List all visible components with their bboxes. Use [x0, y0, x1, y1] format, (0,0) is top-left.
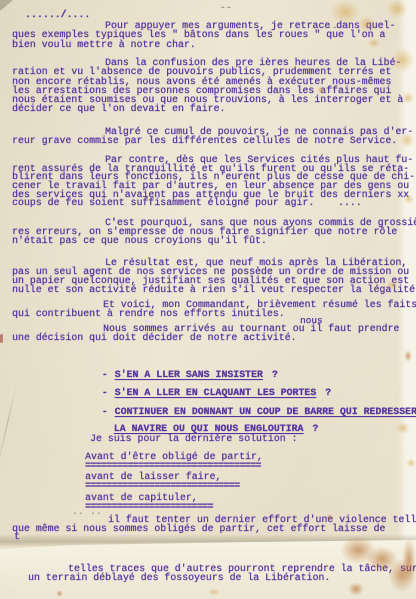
resolution-underline: ========================: [85, 502, 213, 512]
paragraph-line: une décision qui doit décider de notre a…: [12, 333, 296, 343]
option-question-mark: ?: [312, 423, 318, 434]
paragraph-line: n'était pas ce que nous croyions qu'il f…: [12, 236, 267, 246]
paragraph-line: coups de feu soient suffisamment éloigné…: [12, 198, 362, 208]
closing-line: que même si nous sommes obligés de parti…: [12, 524, 385, 534]
stray-character: t: [14, 532, 20, 542]
paragraph-line: qui contribuent à rendre nos efforts inu…: [12, 309, 285, 319]
paragraph-line: bien voulu mettre à notre char.: [12, 40, 196, 50]
scanned-document-page: ....../.... -- -- Pour appuyer mes argum…: [0, 0, 416, 599]
page-continuation-dots: ....../....: [25, 10, 90, 20]
resolution-underline: =================================: [85, 461, 261, 471]
smudge-mark: --: [220, 3, 232, 13]
footer-line: un terrain déblayé des fossoyeurs de la …: [28, 573, 330, 583]
resolution-underline: =============================: [85, 481, 239, 491]
paragraph-line: nulle et son activité réduite à rien s'i…: [12, 285, 415, 295]
solution-intro: Je suis pour la dernière solution :: [90, 434, 297, 444]
paragraph-line: décider ce que l'on devait en faire.: [12, 104, 225, 114]
paragraph-line: reur grave commise par les différentes c…: [12, 136, 397, 146]
smudge-mark: .. ..: [72, 507, 102, 517]
